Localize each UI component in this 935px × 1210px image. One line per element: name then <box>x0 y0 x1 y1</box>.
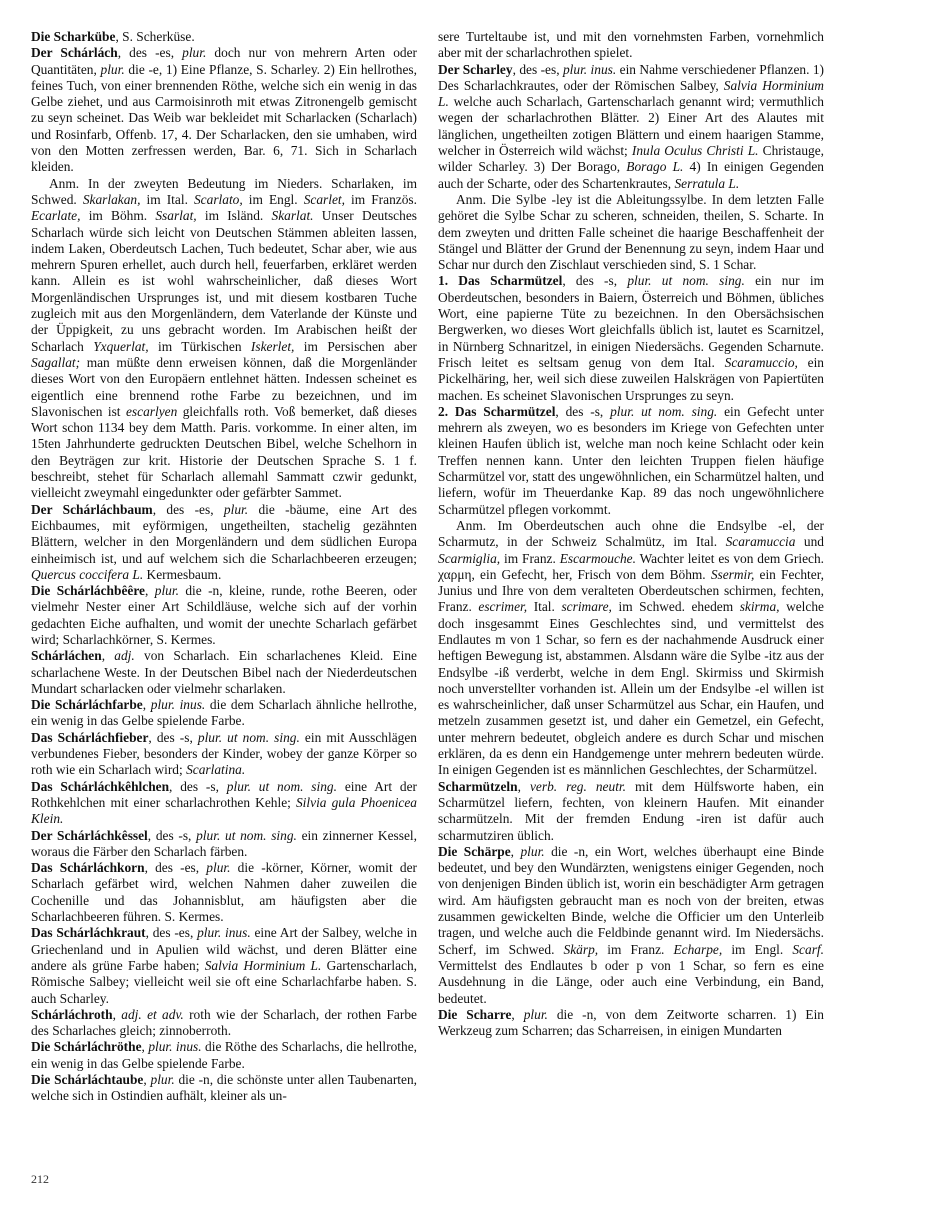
annotation-paragraph: Anm. Im Oberdeutschen auch ohne die Ends… <box>438 518 824 779</box>
italic-term: Escarmouche. <box>560 551 636 566</box>
italic-term: plur. <box>520 844 544 859</box>
definition-text: , <box>113 1007 122 1022</box>
headword: Scharmützeln <box>438 779 518 794</box>
italic-term: Scarf. <box>792 942 824 957</box>
headword: Der Schárláchbaum <box>31 502 153 517</box>
italic-term: Scarlatina. <box>186 762 245 777</box>
definition-text: im Böhm. <box>89 208 156 223</box>
definition-text: im Ital. <box>147 192 194 207</box>
headword: Schárláchen <box>31 648 102 663</box>
headword: Das Schárláchfieber <box>31 730 148 745</box>
definition-text: die -e, 1) Eine Pflanze, S. Scharley. 2)… <box>31 62 417 175</box>
italic-term: Echarpe, <box>673 942 722 957</box>
italic-term: Skarlakan, <box>83 192 141 207</box>
italic-term: plur. ut nom. sing. <box>227 779 337 794</box>
definition-text: im Franz. <box>504 551 560 566</box>
dictionary-entry: Die Schärpe, plur. die -n, ein Wort, wel… <box>438 844 824 1007</box>
headword: Die Schárláchbêêre <box>31 583 145 598</box>
italic-term: Iskerlet, <box>251 339 295 354</box>
definition-text: ein Gefecht unter mehrern als zweyen, wo… <box>438 404 824 517</box>
italic-term: plur. <box>182 45 206 60</box>
italic-term: skirma, <box>740 599 780 614</box>
dictionary-entry: Der Schárláchbaum, des -es, plur. die -b… <box>31 502 417 583</box>
dictionary-entry: Schárláchroth, adj. et adv. roth wie der… <box>31 1007 417 1040</box>
italic-term: plur. inus. <box>151 697 206 712</box>
left-column: Die Scharkübe, S. Scherküse.Der Schárlác… <box>31 29 417 1105</box>
headword: Der Scharley <box>438 62 513 77</box>
italic-term: plur. ut nom. sing. <box>196 828 297 843</box>
definition-text: , <box>511 844 521 859</box>
italic-term: plur. ut nom. sing. <box>198 730 300 745</box>
italic-term: Scarlet, <box>304 192 345 207</box>
annotation-paragraph: Anm. Die Sylbe -ley ist die Ableitungssy… <box>438 192 824 273</box>
italic-term: Skärp, <box>564 942 599 957</box>
continued-entry: sere Turteltaube ist, und mit den vorneh… <box>438 29 824 62</box>
dictionary-entry: Das Schárláchkraut, des -es, plur. inus.… <box>31 925 417 1006</box>
dictionary-page: Die Scharkübe, S. Scherküse.Der Schárlác… <box>0 0 935 1210</box>
italic-term: Yxquerlat, <box>93 339 148 354</box>
definition-text: die -n, ein Wort, welches überhaupt eine… <box>438 844 824 957</box>
italic-term: Quercus coccifera L. <box>31 567 143 582</box>
italic-term: Serratula L. <box>674 176 739 191</box>
headword: Das Schárláchkraut <box>31 925 146 940</box>
italic-term: verb. reg. neutr. <box>530 779 626 794</box>
italic-term: scrimare, <box>561 599 611 614</box>
headword: Das Schárláchkêhlchen <box>31 779 169 794</box>
italic-term: escrimer, <box>478 599 527 614</box>
definition-text: sere Turteltaube ist, und mit den vorneh… <box>438 29 824 60</box>
dictionary-entry: Scharmützeln, verb. reg. neutr. mit dem … <box>438 779 824 844</box>
definition-text: im Isländ. <box>205 208 272 223</box>
headword: Das Schárláchkorn <box>31 860 145 875</box>
italic-term: Salvia Horminium L. <box>205 958 322 973</box>
italic-term: plur. <box>151 1072 175 1087</box>
definition-text: im Persischen aber <box>304 339 417 354</box>
definition-text: , <box>143 1072 150 1087</box>
headword: Die Scharre <box>438 1007 511 1022</box>
dictionary-entry: Die Scharkübe, S. Scherküse. <box>31 29 417 45</box>
dictionary-entry: Die Scharre, plur. die -n, von dem Zeitw… <box>438 1007 824 1040</box>
definition-text: welche doch insgesammt Eines Geschlechte… <box>438 599 824 777</box>
dictionary-entry: Die Schárláchtaube, plur. die -n, die sc… <box>31 1072 417 1105</box>
definition-text: , des -es, <box>153 502 224 517</box>
definition-text: , <box>143 697 151 712</box>
definition-text: , <box>518 779 530 794</box>
italic-term: plur. inus. <box>148 1039 201 1054</box>
headword: Die Schárláchtaube <box>31 1072 143 1087</box>
annotation-paragraph: Anm. In der zweyten Bedeutung im Nieders… <box>31 176 417 502</box>
italic-term: plur. <box>206 860 230 875</box>
headword: 2. Das Scharmützel <box>438 404 555 419</box>
dictionary-entry: Die Schárláchröthe, plur. inus. die Röth… <box>31 1039 417 1072</box>
definition-text: , des -s, <box>148 828 196 843</box>
italic-term: Scarlato, <box>194 192 243 207</box>
definition-text: , des -s, <box>169 779 227 794</box>
headword: Die Schärpe <box>438 844 511 859</box>
italic-term: plur. <box>224 502 248 517</box>
definition-text: , des -s, <box>148 730 197 745</box>
definition-text: im Engl. <box>249 192 304 207</box>
italic-term: Borago L. <box>626 159 683 174</box>
dictionary-entry: Der Scharley, des -es, plur. inus. ein N… <box>438 62 824 192</box>
italic-term: Scaramuccio, <box>725 355 798 370</box>
italic-term: plur. <box>101 62 125 77</box>
dictionary-entry: Schárláchen, adj. von Scharlach. Ein sch… <box>31 648 417 697</box>
italic-term: plur. ut nom. sing. <box>627 273 744 288</box>
dictionary-entry: Der Schárlách, des -es, plur. doch nur v… <box>31 45 417 175</box>
italic-term: plur. inus. <box>563 62 616 77</box>
italic-term: Inula Oculus Christi L. <box>632 143 759 158</box>
definition-text: , <box>145 583 155 598</box>
italic-term: Scaramuccia <box>726 534 796 549</box>
italic-term: plur. <box>155 583 179 598</box>
definition-text: , <box>102 648 115 663</box>
page-number: 212 <box>31 1172 49 1187</box>
definition-text: Ital. <box>534 599 562 614</box>
definition-text: im Türkischen <box>158 339 251 354</box>
italic-term: Skarlat. <box>272 208 314 223</box>
headword: Die Scharkübe <box>31 29 115 44</box>
dictionary-entry: Die Schárláchfarbe, plur. inus. die dem … <box>31 697 417 730</box>
definition-text: , des -es, <box>513 62 563 77</box>
definition-text: , S. Scherküse. <box>115 29 194 44</box>
definition-text: im Französ. <box>351 192 417 207</box>
definition-text: im Franz. <box>607 942 673 957</box>
italic-term: Scarmiglia, <box>438 551 500 566</box>
italic-term: Ssarlat, <box>155 208 196 223</box>
dictionary-entry: Das Schárláchkêhlchen, des -s, plur. ut … <box>31 779 417 828</box>
definition-text: im Engl. <box>731 942 792 957</box>
italic-term: Ecarlate, <box>31 208 80 223</box>
dictionary-entry: Die Schárláchbêêre, plur. die -n, kleine… <box>31 583 417 648</box>
definition-text: , des -es, <box>118 45 182 60</box>
definition-text: , <box>511 1007 523 1022</box>
definition-text: , des -s, <box>562 273 627 288</box>
definition-text: , des -es, <box>146 925 197 940</box>
italic-term: Ssermir, <box>711 567 755 582</box>
headword: Der Schárláchkêssel <box>31 828 148 843</box>
headword: 1. Das Scharmützel <box>438 273 562 288</box>
definition-text: , des -es, <box>145 860 207 875</box>
italic-term: escarlyen <box>126 404 177 419</box>
definition-text: und <box>804 534 824 549</box>
dictionary-entry: Das Schárláchkorn, des -es, plur. die -k… <box>31 860 417 925</box>
definition-text: Vermittelst des Endlautes b oder p von 1… <box>438 958 824 1006</box>
italic-term: adj. et adv. <box>121 1007 183 1022</box>
definition-text: Unser Deutsches Scharlach würde sich lei… <box>31 208 417 353</box>
italic-term: adj. <box>114 648 134 663</box>
dictionary-entry: Das Schárláchfieber, des -s, plur. ut no… <box>31 730 417 779</box>
dictionary-entry: 1. Das Scharmützel, des -s, plur. ut nom… <box>438 273 824 403</box>
dictionary-entry: 2. Das Scharmützel, des -s, plur. ut nom… <box>438 404 824 518</box>
headword: Schárláchroth <box>31 1007 113 1022</box>
definition-text: Anm. Die Sylbe -ley ist die Ableitungssy… <box>438 192 824 272</box>
dictionary-entry: Der Schárláchkêssel, des -s, plur. ut no… <box>31 828 417 861</box>
italic-term: plur. inus. <box>197 925 251 940</box>
right-column: sere Turteltaube ist, und mit den vorneh… <box>438 29 824 1039</box>
headword: Der Schárlách <box>31 45 118 60</box>
italic-term: plur. <box>524 1007 548 1022</box>
definition-text: , des -s, <box>555 404 610 419</box>
definition-text: im Schwed. ehedem <box>618 599 739 614</box>
definition-text: Kermesbaum. <box>147 567 222 582</box>
italic-term: Sagallat; <box>31 355 80 370</box>
headword: Die Schárláchröthe <box>31 1039 142 1054</box>
italic-term: plur. ut nom. sing. <box>610 404 717 419</box>
headword: Die Schárláchfarbe <box>31 697 143 712</box>
